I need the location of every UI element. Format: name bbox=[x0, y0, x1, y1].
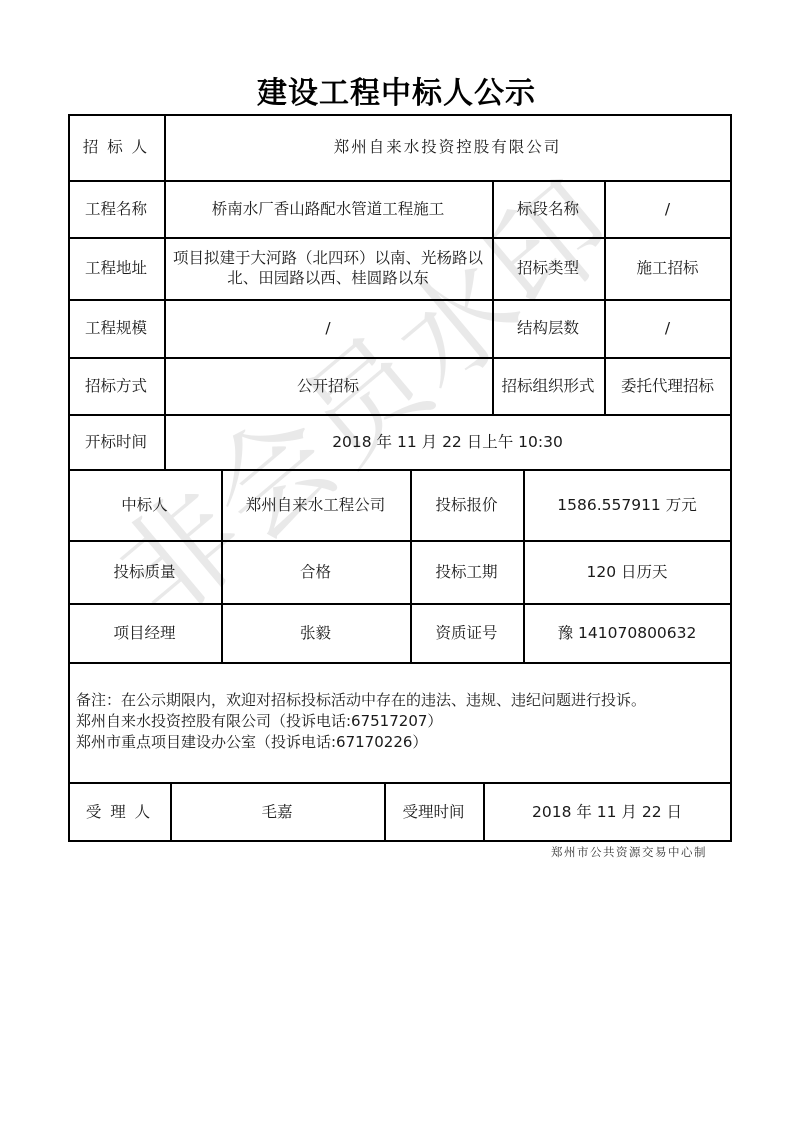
footer-credit: 郑州市公共资源交易中心制 bbox=[551, 844, 707, 860]
tender-method-label: 招标方式 bbox=[68, 357, 164, 414]
bid-quality-value: 合格 bbox=[221, 540, 410, 603]
tender-type-label: 招标类型 bbox=[492, 237, 604, 299]
bid-duration-label: 投标工期 bbox=[410, 540, 523, 603]
winning-bidder-value: 郑州自来水工程公司 bbox=[221, 469, 410, 540]
tender-organization-value: 委托代理招标 bbox=[604, 357, 731, 414]
bid-duration-value: 120 日历天 bbox=[523, 540, 731, 603]
tender-type-value: 施工招标 bbox=[604, 237, 731, 299]
project-manager-value: 张毅 bbox=[221, 603, 410, 662]
qualification-no-value: 豫 141070800632 bbox=[523, 603, 731, 662]
notice-table: 招 标 人 郑州自来水投资控股有限公司 工程名称 桥南水厂香山路配水管道工程施工… bbox=[0, 0, 793, 1122]
project-manager-label: 项目经理 bbox=[68, 603, 221, 662]
tenderer-value: 郑州自来水投资控股有限公司 bbox=[164, 114, 731, 180]
tender-organization-label: 招标组织形式 bbox=[492, 357, 604, 414]
bid-price-value: 1586.557911 万元 bbox=[523, 469, 731, 540]
tender-method-value: 公开招标 bbox=[164, 357, 492, 414]
project-name-value: 桥南水厂香山路配水管道工程施工 bbox=[164, 180, 492, 237]
bid-price-label: 投标报价 bbox=[410, 469, 523, 540]
project-address-label: 工程地址 bbox=[68, 237, 164, 299]
project-scale-value: / bbox=[164, 299, 492, 357]
acceptance-time-label: 受理时间 bbox=[384, 782, 483, 841]
remarks-block: 备注：在公示期限内，欢迎对招标投标活动中存在的违法、违规、违纪问题进行投诉。 郑… bbox=[76, 690, 726, 753]
project-scale-label: 工程规模 bbox=[68, 299, 164, 357]
structure-floors-label: 结构层数 bbox=[492, 299, 604, 357]
bid-opening-time-value: 2018 年 11 月 22 日上午 10:30 bbox=[164, 414, 731, 469]
remarks-line: 郑州市重点项目建设办公室（投诉电话:67170226） bbox=[76, 732, 726, 753]
row-divider bbox=[68, 662, 732, 664]
acceptance-time-value: 2018 年 11 月 22 日 bbox=[483, 782, 731, 841]
acceptor-value: 毛嘉 bbox=[170, 782, 384, 841]
remarks-line: 郑州自来水投资控股有限公司（投诉电话:67517207） bbox=[76, 711, 726, 732]
section-name-value: / bbox=[604, 180, 731, 237]
section-name-label: 标段名称 bbox=[492, 180, 604, 237]
qualification-no-label: 资质证号 bbox=[410, 603, 523, 662]
bid-opening-time-label: 开标时间 bbox=[68, 414, 164, 469]
remarks-line: 备注：在公示期限内，欢迎对招标投标活动中存在的违法、违规、违纪问题进行投诉。 bbox=[76, 690, 726, 711]
acceptor-label: 受 理 人 bbox=[68, 782, 170, 841]
structure-floors-value: / bbox=[604, 299, 731, 357]
bid-quality-label: 投标质量 bbox=[68, 540, 221, 603]
project-address-value: 项目拟建于大河路（北四环）以南、光杨路以北、田园路以西、桂圆路以东 bbox=[164, 237, 492, 299]
project-name-label: 工程名称 bbox=[68, 180, 164, 237]
winning-bidder-label: 中标人 bbox=[68, 469, 221, 540]
tenderer-label: 招 标 人 bbox=[68, 114, 164, 180]
